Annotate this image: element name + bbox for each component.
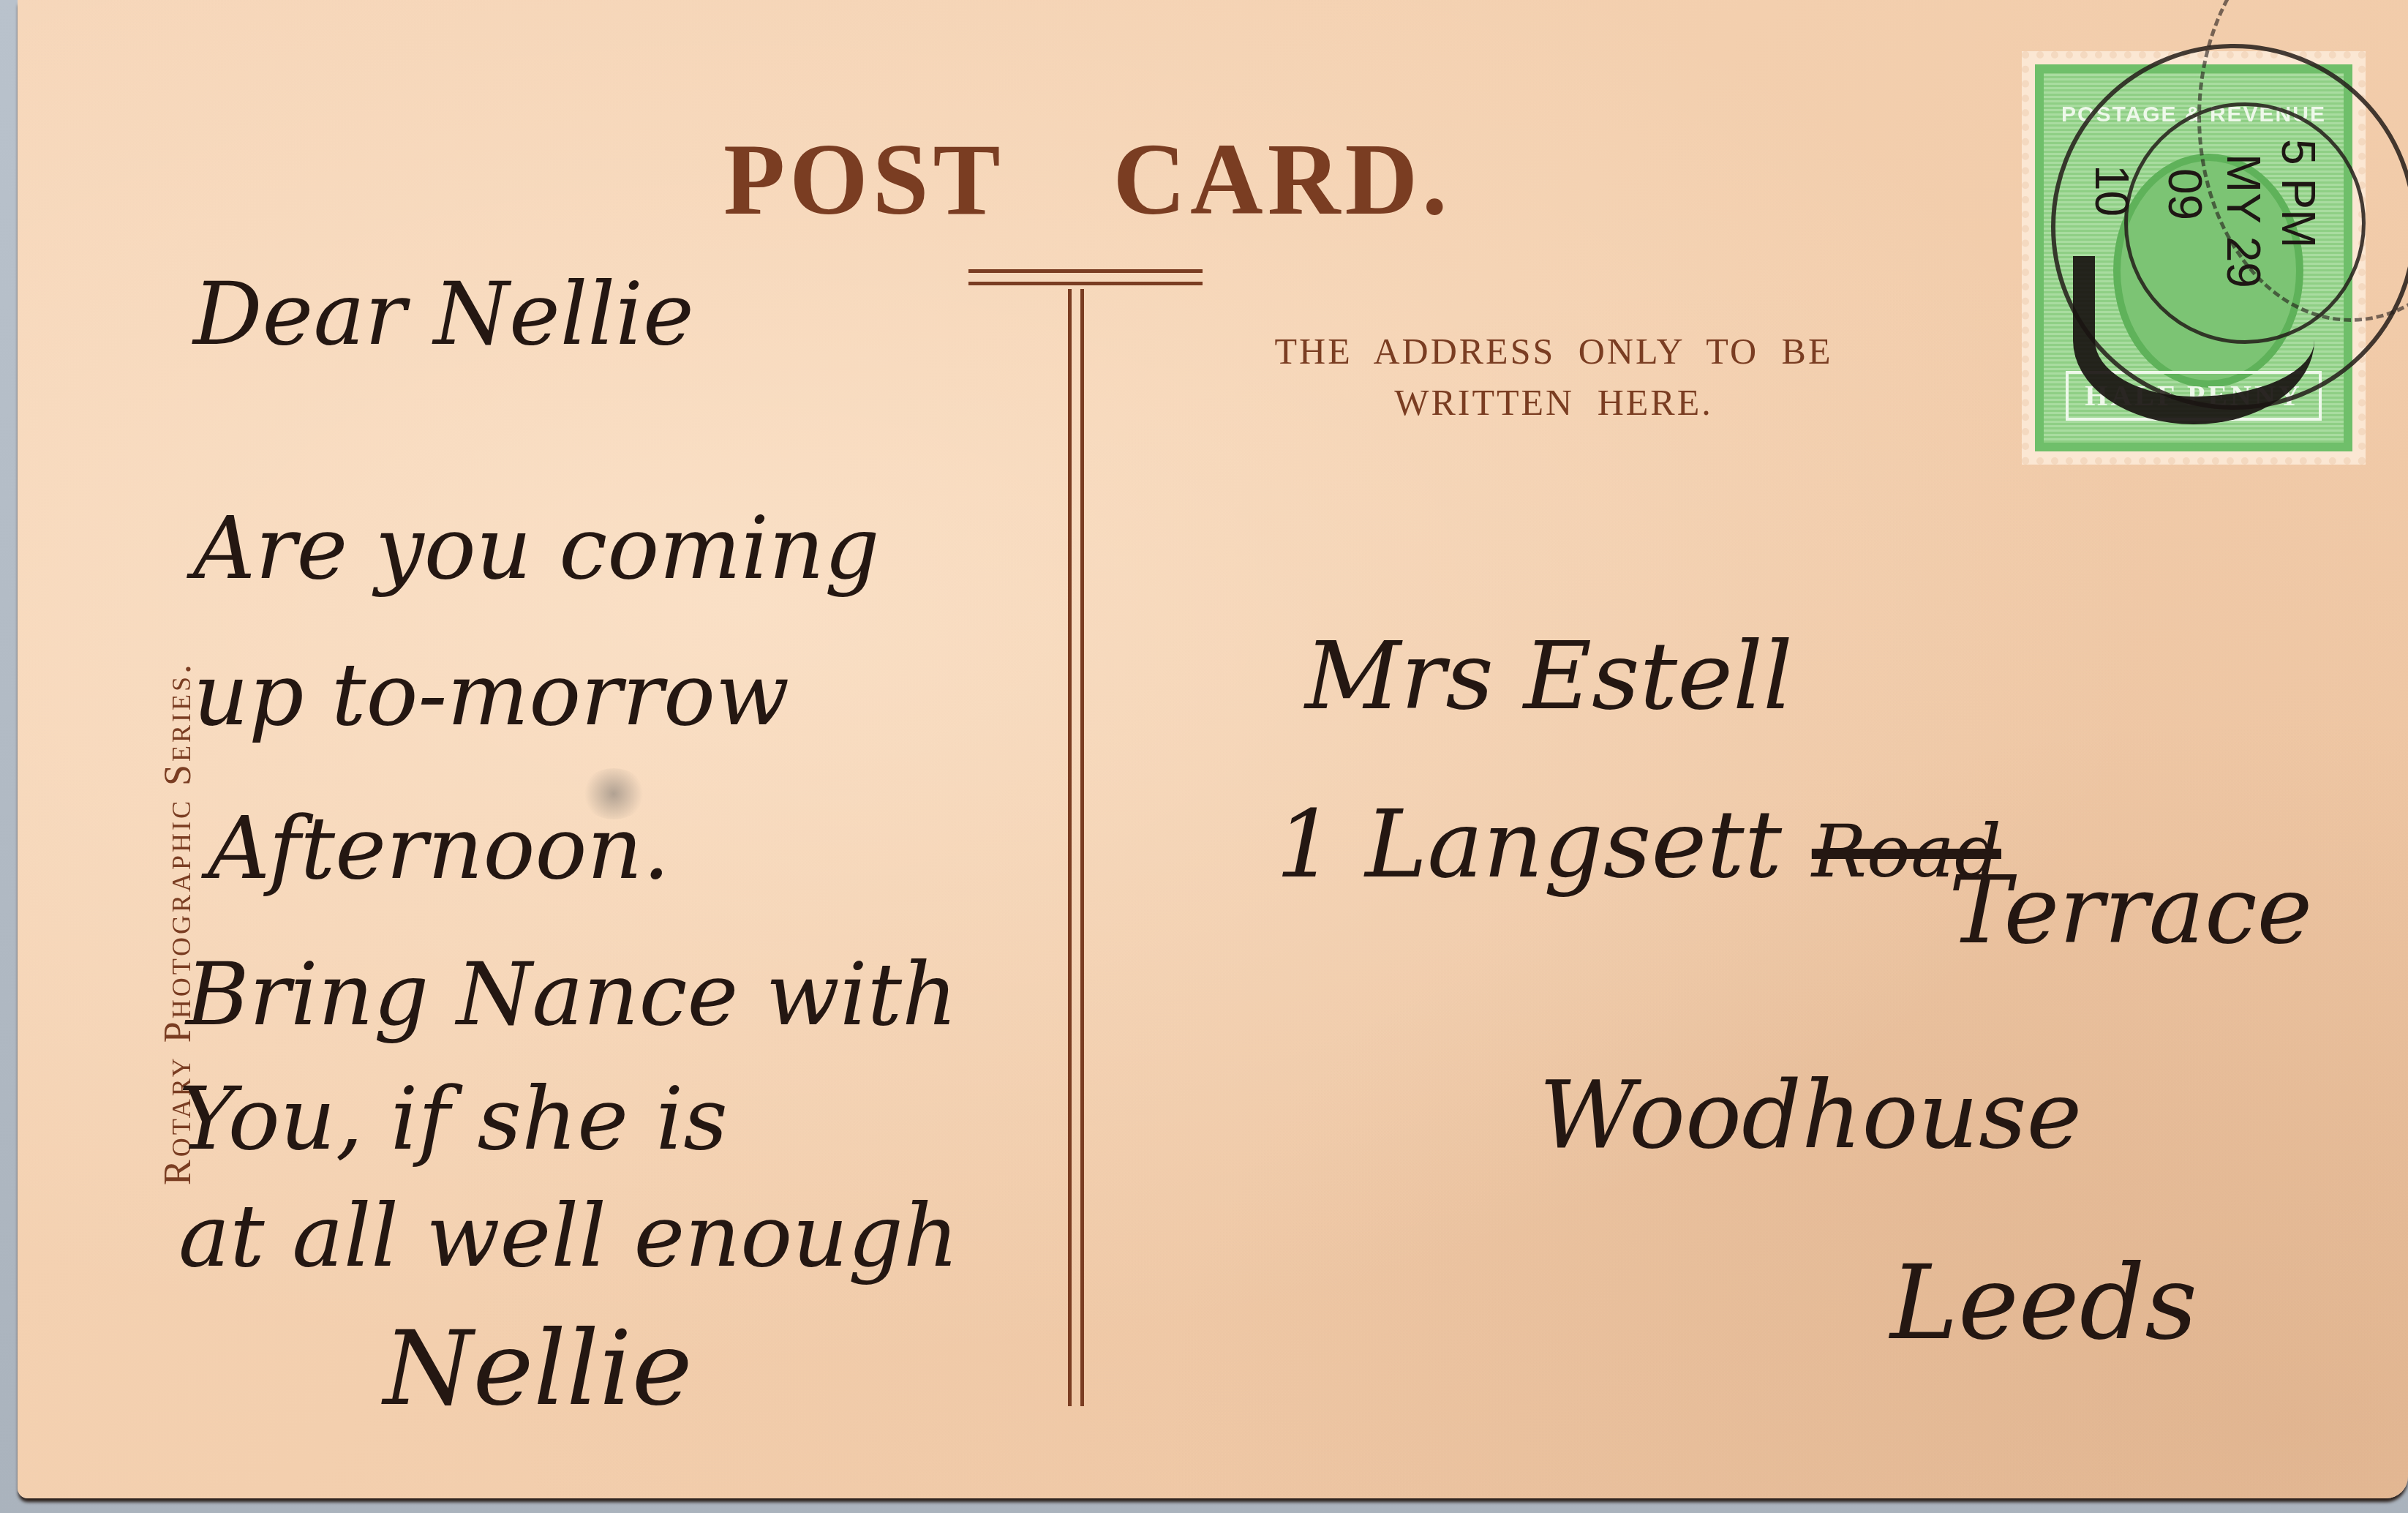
address-street: 1 Langsett Road xyxy=(1276,790,2001,899)
message-line: at all well enough xyxy=(178,1185,959,1286)
message-line: up to-morrow xyxy=(193,644,789,745)
address-instruction: THE ADDRESS ONLY TO BE WRITTEN HERE. xyxy=(1181,326,1927,428)
postmark-year: 09 xyxy=(2158,168,2212,220)
message-signature: Nellie xyxy=(383,1310,693,1429)
cancellation-mark-icon xyxy=(2073,256,2314,424)
postmark-code: 10 xyxy=(2085,165,2139,217)
address-city: Leeds xyxy=(1890,1244,2197,1363)
address-street-name: 1 Langsett xyxy=(1276,790,1782,899)
divider-line-right xyxy=(1080,289,1084,1406)
address-name: Mrs Estell xyxy=(1305,622,1793,731)
address-district: Woodhouse xyxy=(1539,1061,2082,1170)
message-line: You, if she is xyxy=(178,1068,728,1169)
message-line-greeting: Dear Nellie xyxy=(193,263,694,364)
postcard: POST CARD. THE ADDRESS ONLY TO BE WRITTE… xyxy=(18,0,2408,1498)
postmark-time: 5 PM xyxy=(2271,139,2325,248)
divider-cap-line-top xyxy=(968,269,1203,273)
message-line: Are you coming xyxy=(193,498,879,598)
ink-smudge xyxy=(581,768,647,819)
divider-line-left xyxy=(1068,289,1072,1406)
address-instruction-line2: WRITTEN HERE. xyxy=(1181,377,1927,428)
divider-cap-line-bottom xyxy=(968,282,1203,285)
address-street-type: Terrace xyxy=(1949,856,2312,965)
post-card-title: POST CARD. xyxy=(723,119,1452,238)
message-line: Bring Nance with xyxy=(186,944,957,1045)
address-instruction-line1: THE ADDRESS ONLY TO BE xyxy=(1181,326,1927,377)
